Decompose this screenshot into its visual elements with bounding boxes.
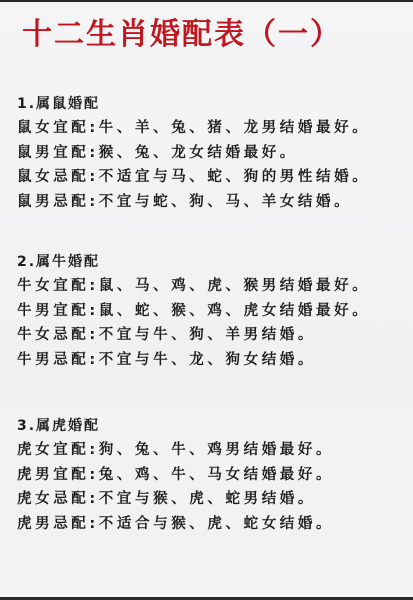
rule-line: 牛男宜配:鼠、蛇、猴、鸡、虎女结婚最好。 — [17, 299, 370, 324]
document-page: 十二生肖婚配表（一） 1.属鼠婚配 鼠女宜配:牛、羊、兔、猪、龙男结婚最好。 鼠… — [0, 2, 413, 597]
rule-line: 鼠男忌配:不宜与蛇、狗、马、羊女结婚。 — [17, 190, 370, 215]
section-heading: 1.属鼠婚配 — [17, 92, 370, 116]
rule-line: 虎女忌配:不宜与猴、虎、蛇男结婚。 — [17, 487, 334, 512]
rule-line: 牛女宜配:鼠、马、鸡、虎、猴男结婚最好。 — [17, 274, 370, 299]
section-tiger: 3.属虎婚配 虎女宜配:狗、兔、牛、鸡男结婚最好。 虎男宜配:兔、鸡、牛、马女结… — [17, 414, 334, 536]
rule-line: 牛女忌配:不宜与牛、狗、羊男结婚。 — [17, 323, 370, 348]
rule-line: 虎女宜配:狗、兔、牛、鸡男结婚最好。 — [17, 438, 334, 463]
section-heading: 2.属牛婚配 — [17, 250, 370, 274]
rule-line: 鼠女忌配:不适宜与马、蛇、狗的男性结婚。 — [17, 165, 370, 190]
section-rat: 1.属鼠婚配 鼠女宜配:牛、羊、兔、猪、龙男结婚最好。 鼠男宜配:猴、兔、龙女结… — [17, 92, 370, 214]
section-ox: 2.属牛婚配 牛女宜配:鼠、马、鸡、虎、猴男结婚最好。 牛男宜配:鼠、蛇、猴、鸡… — [17, 250, 370, 372]
page-title: 十二生肖婚配表（一） — [22, 16, 342, 54]
section-heading: 3.属虎婚配 — [17, 414, 334, 438]
rule-line: 鼠男宜配:猴、兔、龙女结婚最好。 — [17, 141, 370, 166]
rule-line: 鼠女宜配:牛、羊、兔、猪、龙男结婚最好。 — [17, 116, 370, 141]
rule-line: 虎男忌配:不适合与猴、虎、蛇女结婚。 — [17, 512, 334, 537]
rule-line: 虎男宜配:兔、鸡、牛、马女结婚最好。 — [17, 463, 334, 488]
rule-line: 牛男忌配:不宜与牛、龙、狗女结婚。 — [17, 348, 370, 373]
